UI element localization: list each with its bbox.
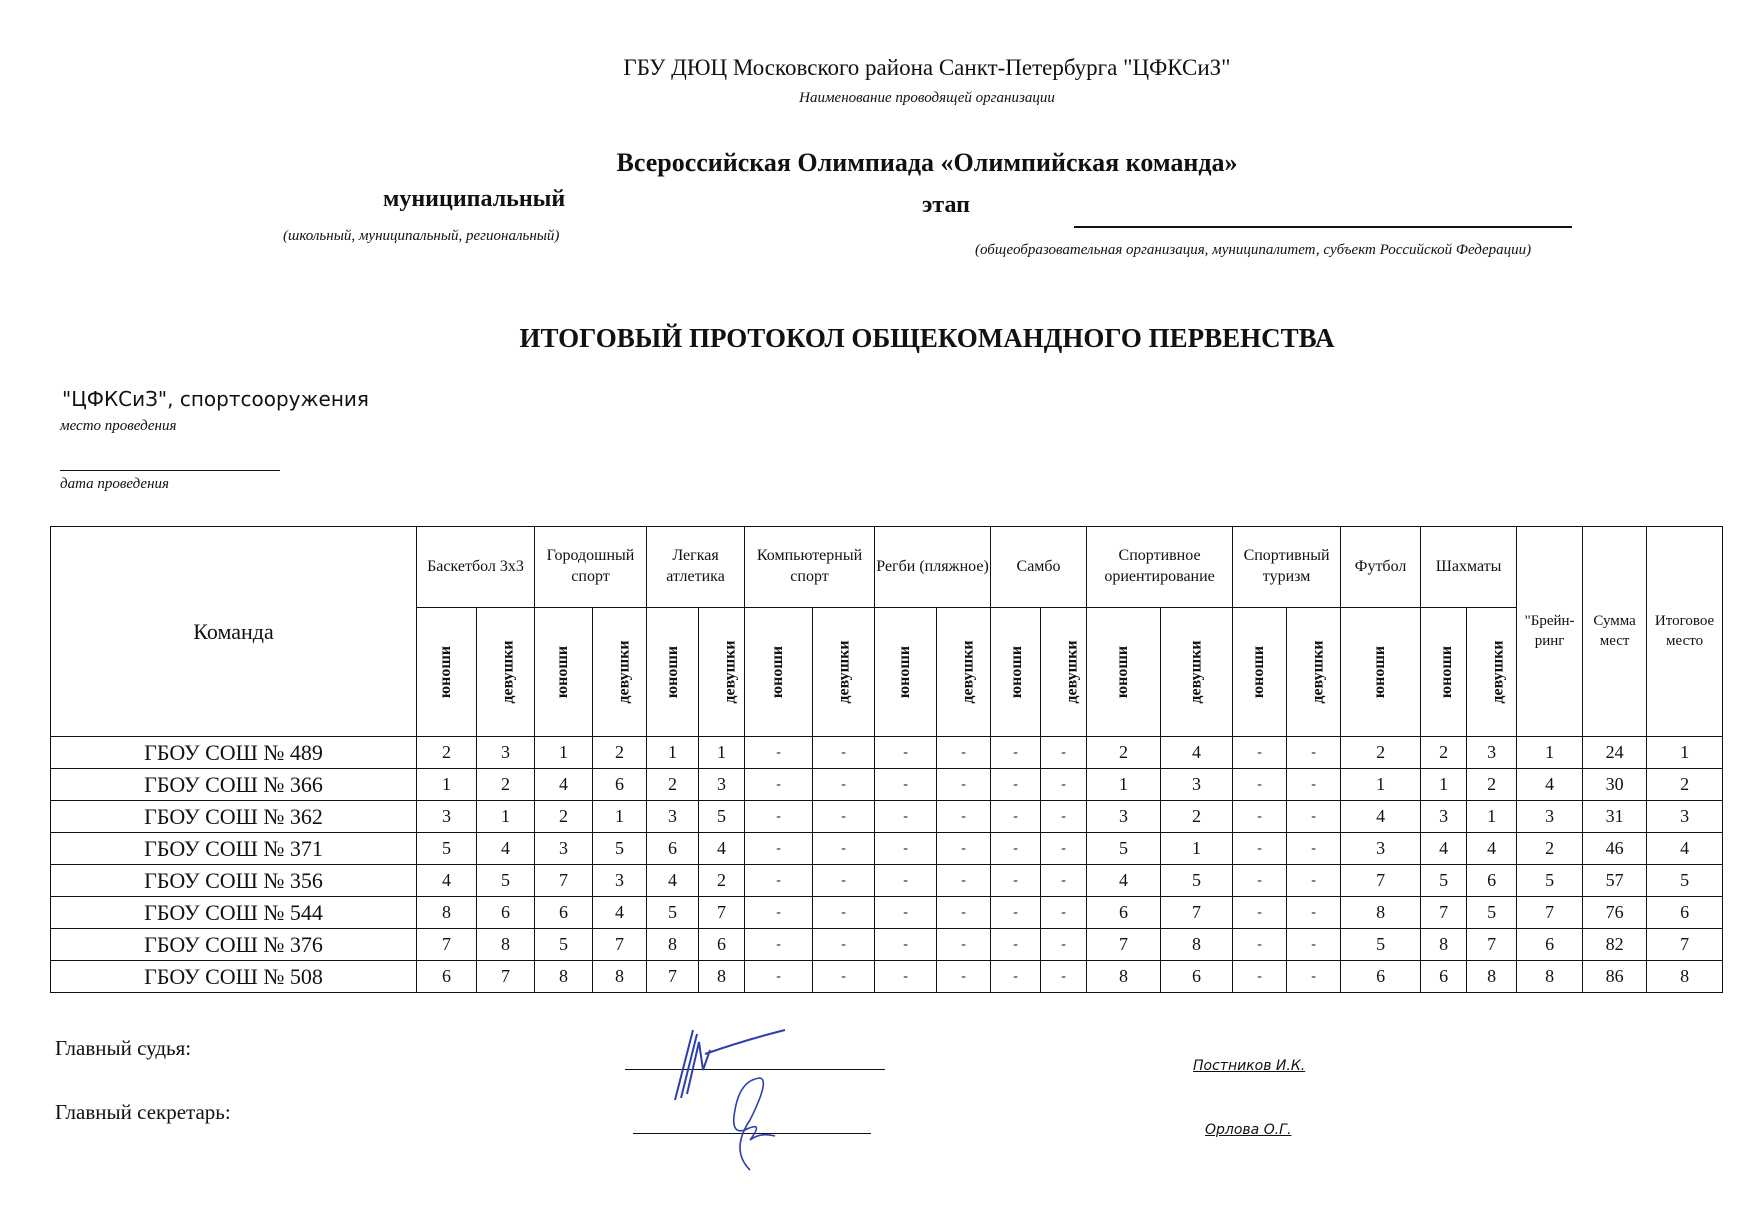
score-cell: 7 — [1341, 865, 1421, 897]
score-cell: 5 — [1341, 929, 1421, 961]
score-cell: 7 — [1421, 897, 1467, 929]
score-cell: 6 — [1467, 865, 1517, 897]
score-cell: 3 — [1087, 801, 1161, 833]
stage-blank-line — [1074, 226, 1572, 228]
score-cell: 8 — [593, 961, 647, 993]
score-cell: 2 — [1421, 737, 1467, 769]
gender-subheader: девушки — [937, 608, 991, 737]
gender-subheader-label: юноши — [897, 646, 915, 698]
sum-header: Сумма мест — [1583, 527, 1647, 737]
score-cell: - — [1041, 929, 1087, 961]
score-cell: - — [1233, 801, 1287, 833]
brain-ring-cell: 8 — [1517, 961, 1583, 993]
sport-header: Легкая атлетика — [647, 527, 745, 608]
score-cell: - — [745, 865, 813, 897]
score-cell: - — [875, 865, 937, 897]
gender-subheader: юноши — [1341, 608, 1421, 737]
brain-ring-cell: 5 — [1517, 865, 1583, 897]
score-cell: 2 — [1341, 737, 1421, 769]
score-cell: - — [937, 833, 991, 865]
gender-subheader-label: юноши — [1008, 646, 1026, 698]
score-cell: - — [745, 929, 813, 961]
score-cell: 3 — [417, 801, 477, 833]
brain-ring-cell: 4 — [1517, 769, 1583, 801]
score-cell: 8 — [1467, 961, 1517, 993]
score-cell: 5 — [477, 865, 535, 897]
gender-subheader-label: девушки — [1064, 640, 1082, 703]
gender-subheader: юноши — [1233, 608, 1287, 737]
stage-caption: (общеобразовательная организация, муници… — [975, 242, 1531, 259]
score-cell: 1 — [593, 801, 647, 833]
level-caption: (школьный, муниципальный, региональный) — [283, 228, 559, 245]
brain-ring-header: "Брейн-ринг — [1517, 527, 1583, 737]
score-cell: 8 — [647, 929, 699, 961]
table-row: ГБОУ СОШ № 508678878------86--6688868 — [51, 961, 1723, 993]
gender-subheader-label: девушки — [722, 640, 740, 703]
score-cell: 4 — [477, 833, 535, 865]
score-cell: - — [875, 961, 937, 993]
final-place-cell: 2 — [1647, 769, 1723, 801]
gender-subheader-label: юноши — [1251, 646, 1269, 698]
score-cell: - — [745, 737, 813, 769]
score-cell: 1 — [647, 737, 699, 769]
gender-subheader: девушки — [1041, 608, 1087, 737]
sport-header: Спортивный туризм — [1233, 527, 1341, 608]
score-cell: - — [1233, 737, 1287, 769]
gender-subheader-label: девушки — [1188, 640, 1206, 703]
score-cell: 6 — [1087, 897, 1161, 929]
score-cell: - — [745, 897, 813, 929]
brain-ring-cell: 1 — [1517, 737, 1583, 769]
score-cell: - — [813, 929, 875, 961]
final-place-cell: 1 — [1647, 737, 1723, 769]
score-cell: - — [1041, 833, 1087, 865]
score-cell: 8 — [699, 961, 745, 993]
score-cell: - — [1233, 865, 1287, 897]
score-cell: - — [937, 769, 991, 801]
sport-header: Компьютерный спорт — [745, 527, 875, 608]
score-cell: 4 — [1341, 801, 1421, 833]
score-cell: 7 — [647, 961, 699, 993]
score-cell: - — [937, 865, 991, 897]
score-cell: 2 — [417, 737, 477, 769]
date-caption: дата проведения — [60, 476, 169, 493]
score-cell: - — [1287, 865, 1341, 897]
team-name-cell: ГБОУ СОШ № 366 — [51, 769, 417, 801]
team-column-header: Команда — [51, 527, 417, 737]
score-cell: 3 — [535, 833, 593, 865]
gender-subheader: юноши — [647, 608, 699, 737]
sum-cell: 86 — [1583, 961, 1647, 993]
gender-subheader-label: юноши — [554, 646, 572, 698]
secretary-label: Главный секретарь: — [55, 1100, 231, 1125]
score-cell: - — [1287, 897, 1341, 929]
score-cell: 2 — [1161, 801, 1233, 833]
olympiad-title: Всероссийская Олимпиада «Олимпийская ком… — [0, 148, 1754, 178]
secretary-name: Орлова О.Г. — [1205, 1122, 1291, 1138]
brain-ring-cell: 7 — [1517, 897, 1583, 929]
score-cell: 5 — [647, 897, 699, 929]
score-cell: 1 — [1421, 769, 1467, 801]
score-cell: - — [745, 961, 813, 993]
sport-header: Самбо — [991, 527, 1087, 608]
gender-subheader-label: девушки — [960, 640, 978, 703]
sum-cell: 31 — [1583, 801, 1647, 833]
score-cell: - — [991, 737, 1041, 769]
gender-subheader: юноши — [745, 608, 813, 737]
score-cell: - — [875, 801, 937, 833]
score-cell: 5 — [593, 833, 647, 865]
gender-subheader-label: юноши — [1372, 646, 1390, 698]
score-cell: 3 — [1161, 769, 1233, 801]
final-place-cell: 6 — [1647, 897, 1723, 929]
score-cell: - — [1287, 929, 1341, 961]
score-cell: 2 — [1467, 769, 1517, 801]
final-place-cell: 7 — [1647, 929, 1723, 961]
score-cell: 6 — [1161, 961, 1233, 993]
score-cell: - — [1233, 769, 1287, 801]
score-cell: - — [875, 769, 937, 801]
score-cell: 6 — [1341, 961, 1421, 993]
organization-name: ГБУ ДЮЦ Московского района Санкт-Петербу… — [0, 55, 1754, 81]
organization-caption: Наименование проводящей организации — [0, 90, 1754, 107]
score-cell: - — [991, 801, 1041, 833]
score-cell: 8 — [1341, 897, 1421, 929]
score-cell: - — [745, 769, 813, 801]
gender-subheader-label: юноши — [664, 646, 682, 698]
score-cell: 4 — [1467, 833, 1517, 865]
score-cell: 6 — [417, 961, 477, 993]
score-cell: 7 — [593, 929, 647, 961]
score-cell: 7 — [1467, 929, 1517, 961]
brain-ring-cell: 3 — [1517, 801, 1583, 833]
score-cell: 2 — [535, 801, 593, 833]
score-cell: 7 — [1087, 929, 1161, 961]
score-cell: - — [937, 929, 991, 961]
table-row: ГБОУ СОШ № 544866457------67--8757766 — [51, 897, 1723, 929]
gender-subheader-label: юноши — [437, 646, 455, 698]
team-name-cell: ГБОУ СОШ № 362 — [51, 801, 417, 833]
brain-ring-cell: 6 — [1517, 929, 1583, 961]
score-cell: 2 — [647, 769, 699, 801]
score-cell: 4 — [1087, 865, 1161, 897]
protocol-title: ИТОГОВЫЙ ПРОТОКОЛ ОБЩЕКОМАНДНОГО ПЕРВЕНС… — [0, 323, 1754, 354]
score-cell: 8 — [477, 929, 535, 961]
score-cell: 3 — [1421, 801, 1467, 833]
score-cell: - — [813, 897, 875, 929]
score-cell: 1 — [477, 801, 535, 833]
score-cell: 1 — [1341, 769, 1421, 801]
sum-cell: 30 — [1583, 769, 1647, 801]
gender-subheader-label: девушки — [616, 640, 634, 703]
score-cell: - — [937, 961, 991, 993]
results-table: Команда Баскетбол 3х3Городошный спортЛег… — [50, 526, 1723, 993]
final-place-header: Итоговое место — [1647, 527, 1723, 737]
score-cell: - — [745, 833, 813, 865]
score-cell: - — [1041, 897, 1087, 929]
score-cell: - — [991, 833, 1041, 865]
score-cell: - — [1287, 801, 1341, 833]
score-cell: 6 — [535, 897, 593, 929]
score-cell: 5 — [535, 929, 593, 961]
team-name-cell: ГБОУ СОШ № 544 — [51, 897, 417, 929]
table-row: ГБОУ СОШ № 356457342------45--7565575 — [51, 865, 1723, 897]
sport-header: Футбол — [1341, 527, 1421, 608]
score-cell: - — [1233, 833, 1287, 865]
gender-subheader-label: девушки — [500, 640, 518, 703]
gender-subheader: юноши — [1421, 608, 1467, 737]
score-cell: 7 — [477, 961, 535, 993]
stage-label: этап — [922, 192, 970, 219]
gender-subheader: юноши — [417, 608, 477, 737]
brain-ring-cell: 2 — [1517, 833, 1583, 865]
gender-subheader: девушки — [813, 608, 875, 737]
score-cell: 6 — [647, 833, 699, 865]
score-cell: 4 — [1421, 833, 1467, 865]
score-cell: 7 — [417, 929, 477, 961]
gender-subheader: юноши — [535, 608, 593, 737]
score-cell: 1 — [535, 737, 593, 769]
score-cell: - — [745, 801, 813, 833]
score-cell: - — [1287, 737, 1341, 769]
sum-cell: 46 — [1583, 833, 1647, 865]
score-cell: 8 — [1161, 929, 1233, 961]
score-cell: 4 — [699, 833, 745, 865]
score-cell: 8 — [535, 961, 593, 993]
score-cell: 7 — [1161, 897, 1233, 929]
gender-subheader: девушки — [699, 608, 745, 737]
final-place-cell: 4 — [1647, 833, 1723, 865]
score-cell: 1 — [417, 769, 477, 801]
score-cell: - — [1041, 737, 1087, 769]
score-cell: 2 — [699, 865, 745, 897]
score-cell: - — [875, 929, 937, 961]
score-cell: - — [813, 769, 875, 801]
gender-subheader: юноши — [991, 608, 1041, 737]
gender-subheader-label: девушки — [1490, 640, 1508, 703]
score-cell: 7 — [535, 865, 593, 897]
score-cell: 5 — [417, 833, 477, 865]
score-cell: 4 — [535, 769, 593, 801]
sum-cell: 76 — [1583, 897, 1647, 929]
gender-subheader-label: юноши — [1115, 646, 1133, 698]
score-cell: - — [1041, 961, 1087, 993]
score-cell: 4 — [593, 897, 647, 929]
final-place-cell: 5 — [1647, 865, 1723, 897]
score-cell: - — [1233, 929, 1287, 961]
score-cell: - — [991, 961, 1041, 993]
score-cell: 3 — [593, 865, 647, 897]
venue-caption: место проведения — [60, 418, 176, 435]
score-cell: - — [1041, 801, 1087, 833]
score-cell: - — [813, 833, 875, 865]
score-cell: 1 — [1161, 833, 1233, 865]
score-cell: - — [991, 929, 1041, 961]
date-blank-line — [60, 470, 280, 471]
score-cell: 3 — [477, 737, 535, 769]
score-cell: 4 — [647, 865, 699, 897]
gender-subheader: девушки — [593, 608, 647, 737]
score-cell: - — [937, 897, 991, 929]
team-name-cell: ГБОУ СОШ № 376 — [51, 929, 417, 961]
score-cell: 4 — [1161, 737, 1233, 769]
gender-subheader: юноши — [875, 608, 937, 737]
sport-header: Баскетбол 3х3 — [417, 527, 535, 608]
gender-subheader-label: юноши — [1438, 646, 1456, 698]
score-cell: - — [875, 897, 937, 929]
score-cell: 3 — [1341, 833, 1421, 865]
sport-header: Спортивное ориентирование — [1087, 527, 1233, 608]
sum-cell: 82 — [1583, 929, 1647, 961]
table-row: ГБОУ СОШ № 489231211------24--2231241 — [51, 737, 1723, 769]
secretary-signature-icon — [690, 1070, 810, 1180]
team-name-cell: ГБОУ СОШ № 371 — [51, 833, 417, 865]
venue-value: "ЦФКСиЗ", спортсооружения — [62, 387, 369, 411]
score-cell: 4 — [417, 865, 477, 897]
score-cell: 8 — [417, 897, 477, 929]
sport-header: Регби (пляжное) — [875, 527, 991, 608]
team-name-cell: ГБОУ СОШ № 489 — [51, 737, 417, 769]
gender-subheader: девушки — [1467, 608, 1517, 737]
score-cell: 2 — [1087, 737, 1161, 769]
gender-subheader: девушки — [477, 608, 535, 737]
level-value: муниципальный — [383, 186, 565, 213]
score-cell: 6 — [699, 929, 745, 961]
sum-cell: 24 — [1583, 737, 1647, 769]
score-cell: - — [875, 737, 937, 769]
final-place-cell: 8 — [1647, 961, 1723, 993]
score-cell: 5 — [699, 801, 745, 833]
score-cell: 1 — [1467, 801, 1517, 833]
score-cell: - — [813, 737, 875, 769]
score-cell: 8 — [1087, 961, 1161, 993]
score-cell: 6 — [1421, 961, 1467, 993]
score-cell: 3 — [1467, 737, 1517, 769]
sport-header: Городошный спорт — [535, 527, 647, 608]
gender-subheader: девушки — [1161, 608, 1233, 737]
score-cell: 6 — [477, 897, 535, 929]
score-cell: - — [1287, 961, 1341, 993]
sum-cell: 57 — [1583, 865, 1647, 897]
score-cell: - — [991, 865, 1041, 897]
gender-subheader: девушки — [1287, 608, 1341, 737]
score-cell: - — [1233, 961, 1287, 993]
gender-subheader: юноши — [1087, 608, 1161, 737]
score-cell: 5 — [1421, 865, 1467, 897]
team-name-cell: ГБОУ СОШ № 356 — [51, 865, 417, 897]
team-name-cell: ГБОУ СОШ № 508 — [51, 961, 417, 993]
score-cell: 8 — [1421, 929, 1467, 961]
score-cell: 3 — [699, 769, 745, 801]
score-cell: - — [813, 865, 875, 897]
score-cell: 2 — [477, 769, 535, 801]
score-cell: - — [1233, 897, 1287, 929]
judge-label: Главный судья: — [55, 1036, 191, 1061]
score-cell: 5 — [1467, 897, 1517, 929]
score-cell: 2 — [593, 737, 647, 769]
score-cell: 7 — [699, 897, 745, 929]
score-cell: 1 — [699, 737, 745, 769]
score-cell: - — [937, 737, 991, 769]
score-cell: - — [937, 801, 991, 833]
score-cell: 3 — [647, 801, 699, 833]
score-cell: - — [813, 961, 875, 993]
score-cell: - — [1287, 769, 1341, 801]
score-cell: - — [991, 897, 1041, 929]
score-cell: - — [991, 769, 1041, 801]
table-row: ГБОУ СОШ № 366124623------13--1124302 — [51, 769, 1723, 801]
gender-subheader-label: девушки — [1310, 640, 1328, 703]
table-row: ГБОУ СОШ № 371543564------51--3442464 — [51, 833, 1723, 865]
score-cell: 5 — [1087, 833, 1161, 865]
table-row: ГБОУ СОШ № 362312135------32--4313313 — [51, 801, 1723, 833]
final-place-cell: 3 — [1647, 801, 1723, 833]
score-cell: - — [1287, 833, 1341, 865]
judge-name: Постников И.К. — [1193, 1058, 1305, 1074]
score-cell: 6 — [593, 769, 647, 801]
gender-subheader-label: девушки — [836, 640, 854, 703]
table-row: ГБОУ СОШ № 376785786------78--5876827 — [51, 929, 1723, 961]
score-cell: - — [1041, 769, 1087, 801]
score-cell: 5 — [1161, 865, 1233, 897]
score-cell: 1 — [1087, 769, 1161, 801]
score-cell: - — [1041, 865, 1087, 897]
score-cell: - — [813, 801, 875, 833]
score-cell: - — [875, 833, 937, 865]
sport-header: Шахматы — [1421, 527, 1517, 608]
gender-subheader-label: юноши — [770, 646, 788, 698]
